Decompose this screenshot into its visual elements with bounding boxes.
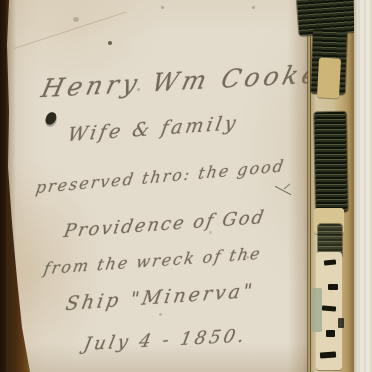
binding-fragment: [328, 284, 338, 290]
cover-edge-shadow: [6, 0, 16, 372]
foxing-speck: [73, 17, 79, 22]
foxing-speck: [137, 88, 140, 91]
book-flyleaf-photo: Henry Wm Cooke Wife & family preserved t…: [0, 0, 372, 372]
binding-fragment: [338, 318, 344, 328]
adjacent-page-edge: [354, 0, 372, 372]
foxing-speck: [159, 313, 162, 316]
binding-fragment: [326, 330, 335, 337]
ribbed-cloth-fragment: [314, 112, 348, 213]
foxing-speck: [161, 6, 164, 9]
foxing-speck: [209, 231, 212, 234]
foxing-speck: [108, 41, 112, 45]
spine-crack-line: [310, 0, 311, 372]
binding-fragment: [320, 351, 336, 358]
faded-cloth-sliver: [312, 288, 322, 332]
worn-tan-patch: [317, 57, 341, 98]
worn-spine-binding: [308, 0, 354, 372]
page-gutter-shadow: [288, 0, 310, 372]
foxing-speck: [252, 6, 255, 9]
foxing-speck: [246, 256, 249, 259]
